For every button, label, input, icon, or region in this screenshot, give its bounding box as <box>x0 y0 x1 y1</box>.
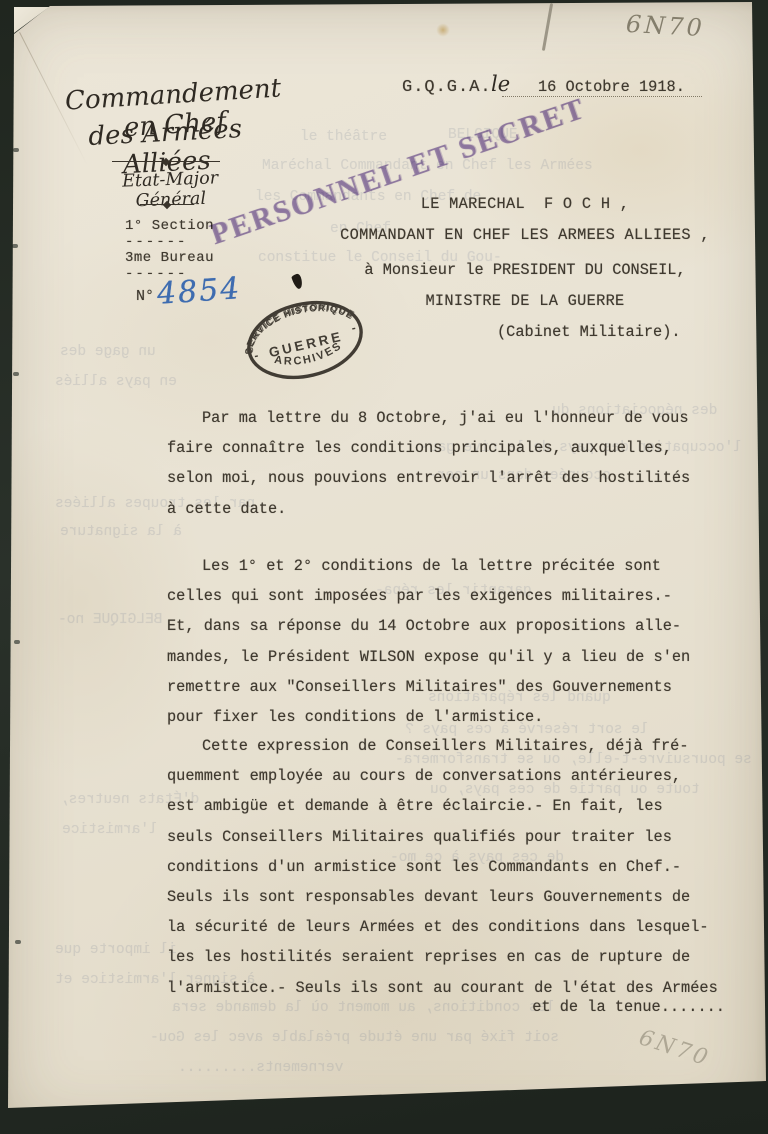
photo-backdrop: le théâtreBELGIQUEMaréchal Commandant en… <box>0 0 768 1134</box>
pencil-slash-mark <box>542 3 553 51</box>
edge-mark <box>13 148 19 152</box>
edge-mark <box>15 940 21 944</box>
bleed-through-text: en pays alliés <box>55 374 177 390</box>
address-line: (Cabinet Militaire). <box>497 323 681 341</box>
bleed-through-text: à la signature <box>60 524 182 540</box>
body-paragraph-3: Cette expression de Conseillers Militair… <box>167 731 718 1003</box>
bleed-through-text: il importe que <box>55 942 177 958</box>
archive-ref-bottom: 6N70 <box>636 1025 713 1071</box>
address-line: à Monsieur le PRESIDENT DU CONSEIL, <box>330 261 720 279</box>
bleed-through-text: un gage des <box>60 344 156 360</box>
edge-mark <box>13 372 19 376</box>
archive-ref-top: 6N70 <box>625 10 705 42</box>
edge-mark <box>14 640 20 644</box>
divider-dashes: ------ <box>125 234 187 250</box>
document-page: le théâtreBELGIQUEMaréchal Commandant en… <box>0 0 768 1134</box>
document-number-label: N° <box>136 288 154 305</box>
edge-mark <box>12 244 18 248</box>
bleed-through-text: BELGIQUE no- <box>58 612 162 628</box>
catchword-line: et de la tenue....... <box>430 998 725 1016</box>
bleed-through-text: vernements......... <box>178 1060 343 1076</box>
bureau-label: 3me Bureau <box>125 250 214 266</box>
ornamental-rule <box>140 200 194 209</box>
bleed-through-text: soit fixé par une étude préalable avec l… <box>150 1030 559 1046</box>
body-paragraph-1: Par ma lettre du 8 Octobre, j'ai eu l'ho… <box>167 403 690 524</box>
body-paragraph-2: Les 1° et 2° conditions de la lettre pré… <box>167 551 690 732</box>
dateline-date: 16 Octobre 1918. <box>538 78 685 96</box>
bleed-through-text: l'armistice <box>62 822 158 838</box>
document-number-value: 4854 <box>156 271 243 312</box>
ornamental-rule <box>112 157 220 166</box>
ink-blot <box>291 273 304 290</box>
section-label: 1° Section <box>125 218 214 234</box>
oval-stamp-right-dash: - <box>350 321 357 336</box>
address-line: MINISTRE DE LA GUERRE <box>330 292 720 310</box>
archive-oval-stamp: SERVICE HISTORIQUE SERVICE HISTORIQUE GU… <box>228 282 382 399</box>
